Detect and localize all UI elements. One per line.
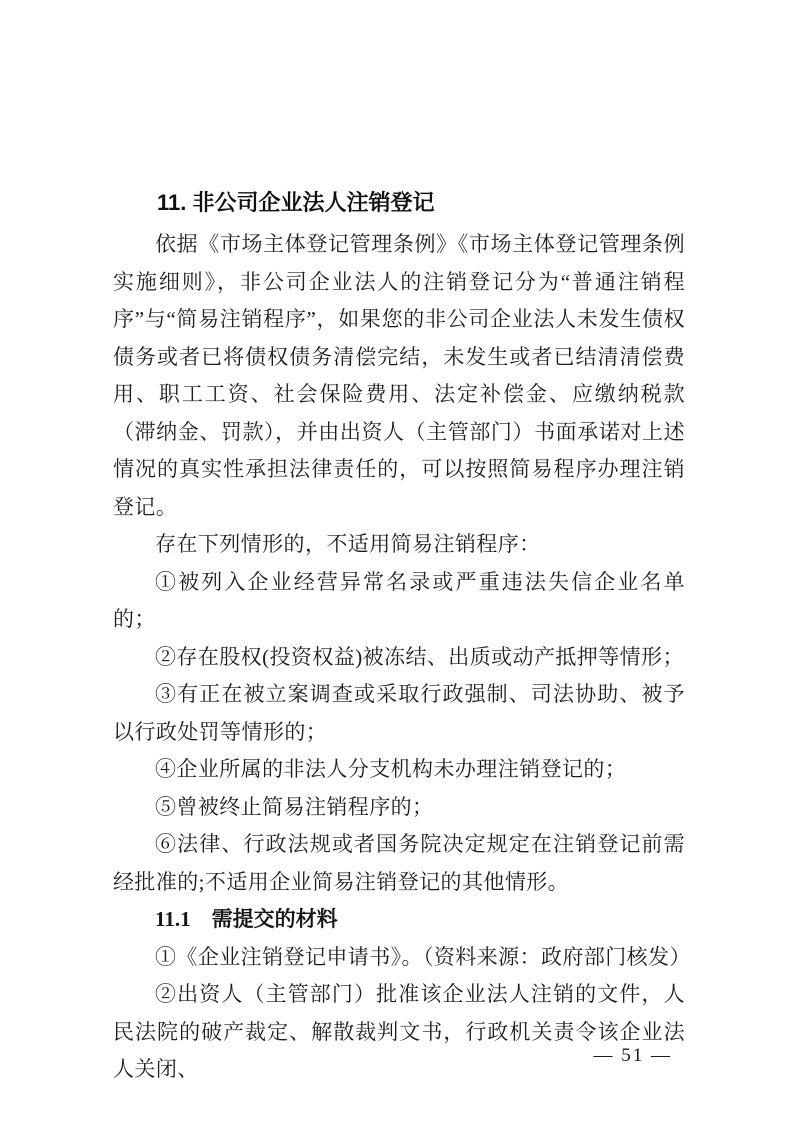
material-item-1: ①《企业注销登记申请书》。（资料来源：政府部门核发） xyxy=(113,939,685,977)
condition-item-3: ③有正在被立案调查或采取行政强制、司法协助、被予以行政处罚等情形的； xyxy=(113,676,685,751)
section-title: 11. 非公司企业法人注销登记 xyxy=(113,186,685,220)
page-number: — 51 — xyxy=(594,1045,673,1066)
material-item-2: ②出资人（主管部门）批准该企业法人注销的文件，人民法院的破产裁定、解散裁判文书，… xyxy=(113,976,685,1089)
condition-item-1: ①被列入企业经营异常名录或严重违法失信企业名单的； xyxy=(113,564,685,639)
document-page: 11. 非公司企业法人注销登记 依据《市场主体登记管理条例》《市场主体登记管理条… xyxy=(0,0,793,1122)
page-footer: — 51 — xyxy=(594,1045,673,1067)
condition-item-5: ⑤曾被终止简易注销程序的； xyxy=(113,789,685,827)
subsection-title: 11.1 需提交的材料 xyxy=(113,901,685,939)
intro-paragraph: 依据《市场主体登记管理条例》《市场主体登记管理条例实施细则》，非公司企业法人的注… xyxy=(113,226,685,526)
condition-item-2: ②存在股权(投资权益)被冻结、出质或动产抵押等情形； xyxy=(113,639,685,677)
condition-item-4: ④企业所属的非法人分支机构未办理注销登记的； xyxy=(113,751,685,789)
conditions-intro: 存在下列情形的，不适用简易注销程序： xyxy=(113,526,685,564)
condition-item-6: ⑥法律、行政法规或者国务院决定规定在注销登记前需经批准的;不适用企业简易注销登记… xyxy=(113,826,685,901)
document-content: 11. 非公司企业法人注销登记 依据《市场主体登记管理条例》《市场主体登记管理条… xyxy=(113,186,685,1089)
